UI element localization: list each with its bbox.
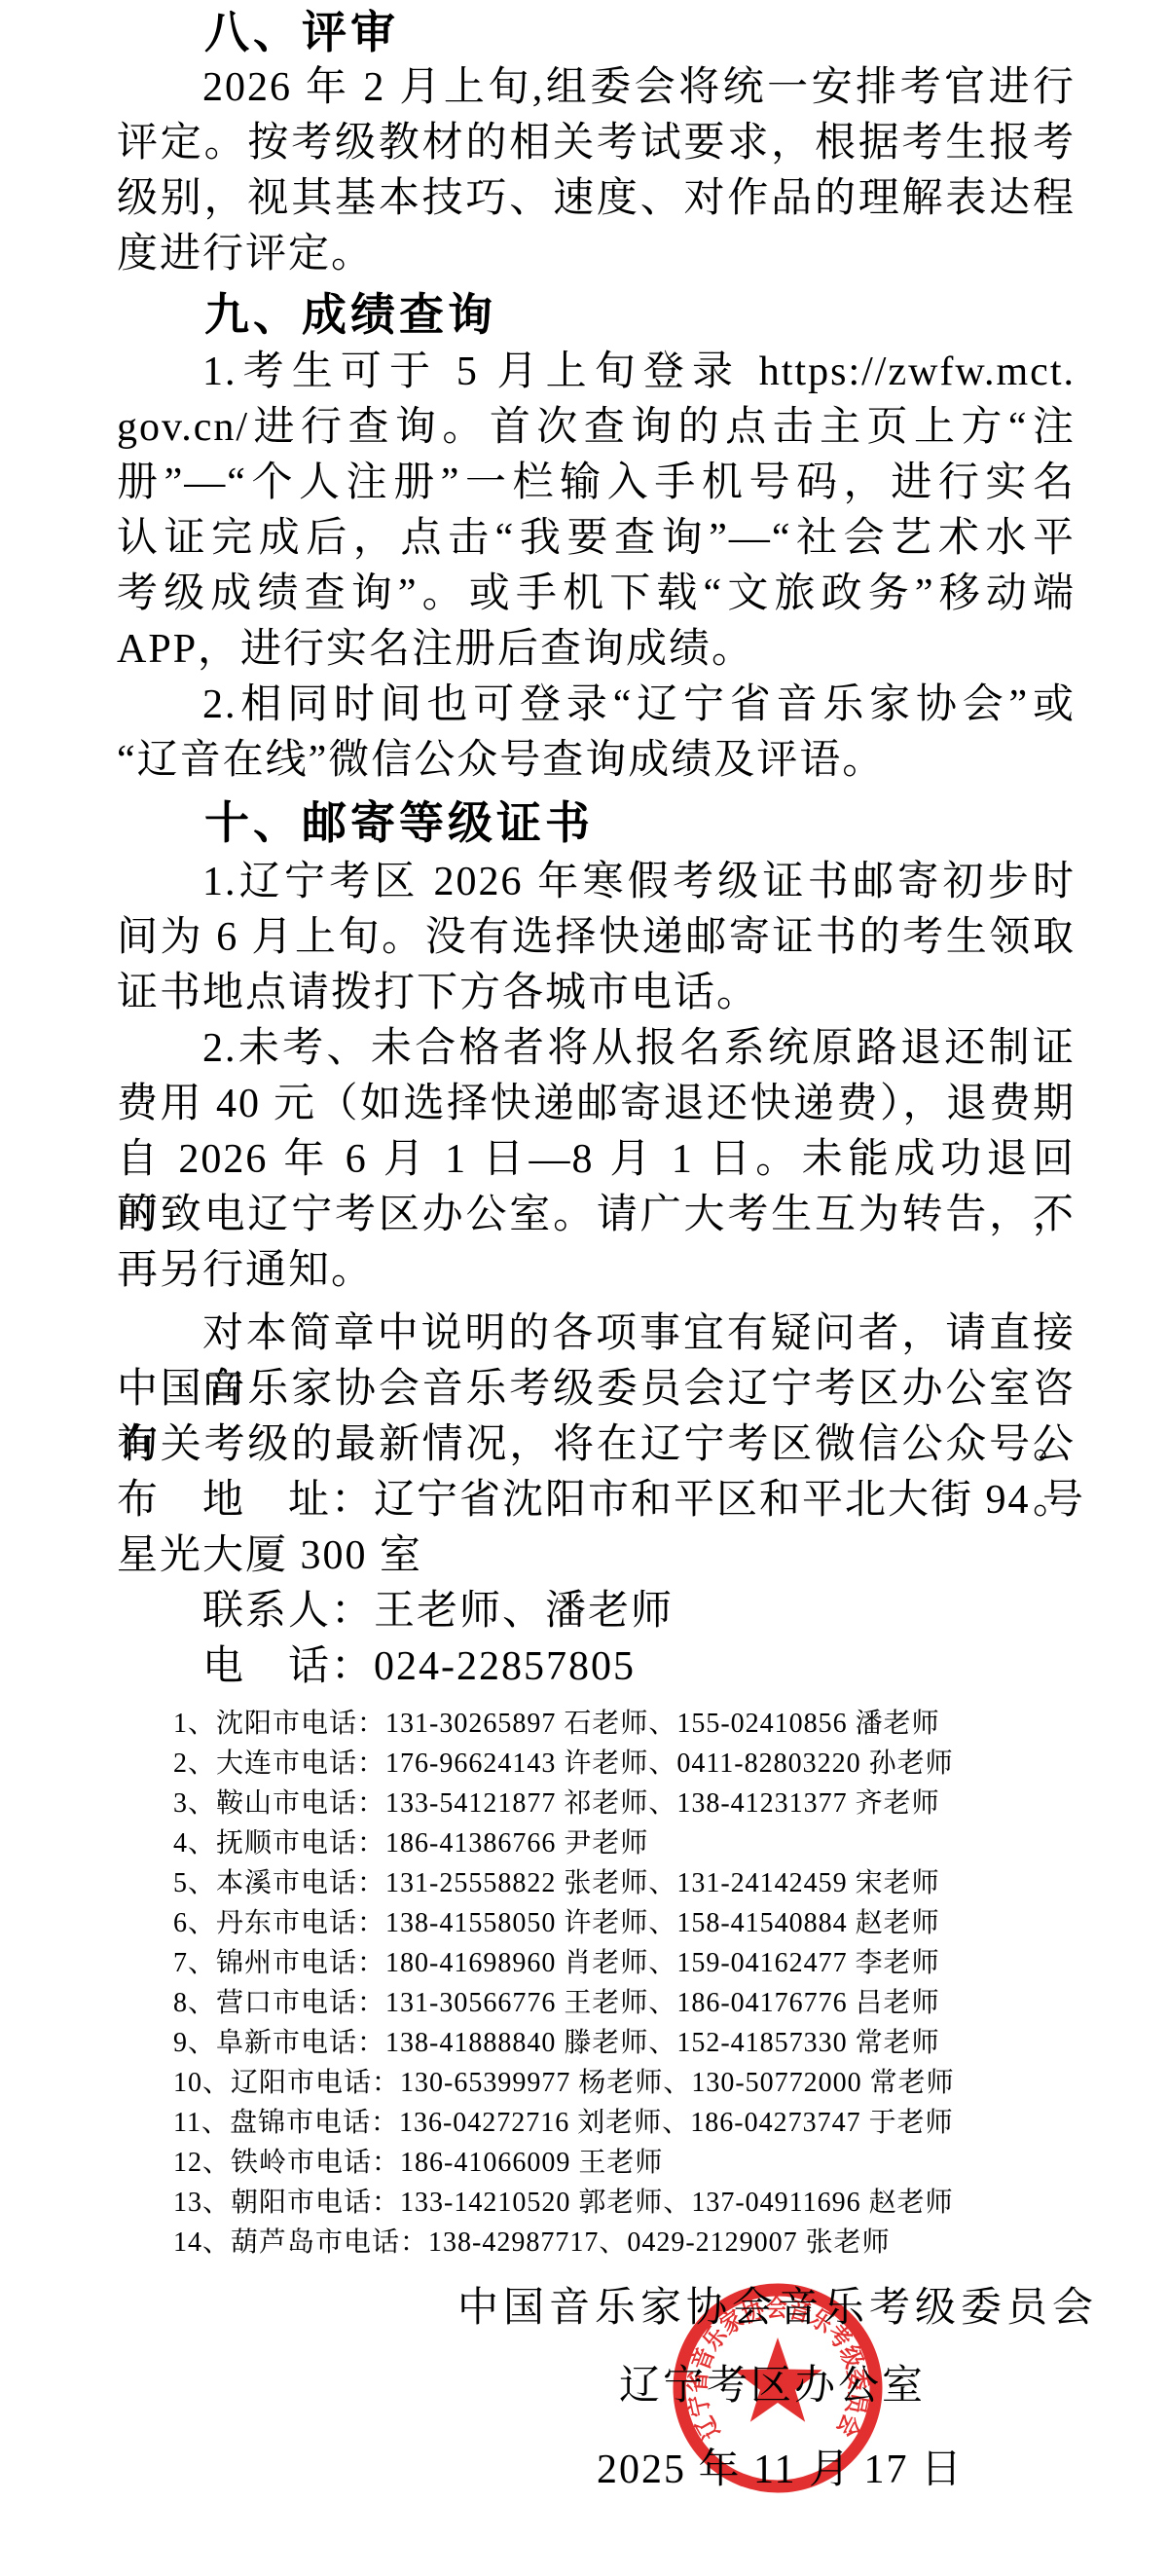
doc-line: 间为 6 月上旬。没有选择快递邮寄证书的考生领取 xyxy=(117,910,1076,966)
document-page: 八、评审 2026 年 2 月上旬,组委会将统一安排考官进行 评定。按考级教材的… xyxy=(0,0,1168,2576)
doc-line: 册”—“个人注册”一栏输入手机号码，进行实名 xyxy=(117,456,1076,511)
city-phone-item: 10、辽阳市电话：130-65399977 杨老师、130-50772000 常… xyxy=(173,2063,955,2103)
section-body-9: 1.考生可于 5 月上旬登录 https://zwfw.mct. gov.cn/… xyxy=(117,345,1076,789)
contact-address-line1: 地 址：辽宁省沈阳市和平区和平北大街 94 号 xyxy=(117,1473,1076,1528)
city-phone-list: 1、沈阳市电话：131-30265897 石老师、155-02410856 潘老… xyxy=(173,1704,955,2263)
city-phone-item: 5、本溪市电话：131-25558822 张老师、131-24142459 宋老… xyxy=(173,1863,955,1903)
city-phone-item: 3、鞍山市电话：133-54121877 祁老师、138-41231377 齐老… xyxy=(173,1784,955,1823)
city-phone-item: 13、朝阳市电话：133-14210520 郭老师、137-04911696 赵… xyxy=(173,2183,955,2223)
signature-organization: 中国音乐家协会音乐考级委员会 xyxy=(457,2284,1098,2333)
doc-line: 1.辽宁考区 2026 年寒假考级证书邮寄初步时 xyxy=(117,855,1076,910)
doc-line: 证书地点请拨打下方各城市电话。 xyxy=(117,966,1076,1021)
doc-line: APP，进行实名注册后查询成绩。 xyxy=(117,622,1076,678)
contact-person: 联系人：王老师、潘老师 xyxy=(117,1584,1076,1639)
doc-line: 费用 40 元（如选择快递邮寄退还快递费），退费期 xyxy=(117,1077,1076,1132)
doc-line: 考级成绩查询”。或手机下载“文旅政务”移动端 xyxy=(117,567,1076,622)
doc-line: 有关考级的最新情况，将在辽宁考区微信公众号公布。 xyxy=(117,1417,1076,1473)
section-heading-9: 九、成绩查询 xyxy=(204,286,496,343)
section-body-10: 1.辽宁考区 2026 年寒假考级证书邮寄初步时 间为 6 月上旬。没有选择快递… xyxy=(117,855,1076,1299)
doc-line: 度进行评定。 xyxy=(117,227,1076,282)
section-heading-10: 十、邮寄等级证书 xyxy=(204,794,594,851)
doc-line: 2.相同时间也可登录“辽宁省音乐家协会”或 xyxy=(117,678,1076,733)
doc-line: 再另行通知。 xyxy=(117,1243,1076,1299)
section-body-8: 2026 年 2 月上旬,组委会将统一安排考官进行 评定。按考级教材的相关考试要… xyxy=(117,60,1076,282)
city-phone-item: 9、阜新市电话：138-41888840 滕老师、152-41857330 常老… xyxy=(173,2023,955,2063)
city-phone-item: 2、大连市电话：176-96624143 许老师、0411-82803220 孙… xyxy=(173,1744,955,1784)
doc-line: 2.未考、未合格者将从报名系统原路退还制证 xyxy=(117,1021,1076,1077)
city-phone-item: 4、抚顺市电话：186-41386766 尹老师 xyxy=(173,1823,955,1863)
doc-line: 对本简章中说明的各项事宜有疑问者，请直接向 xyxy=(117,1306,1076,1362)
doc-line: 1.考生可于 5 月上旬登录 https://zwfw.mct. xyxy=(117,345,1076,400)
doc-line: 级别，视其基本技巧、速度、对作品的理解表达程 xyxy=(117,171,1076,227)
closing-paragraph: 对本简章中说明的各项事宜有疑问者，请直接向 中国音乐家协会音乐考级委员会辽宁考区… xyxy=(117,1306,1076,1473)
city-phone-item: 1、沈阳市电话：131-30265897 石老师、155-02410856 潘老… xyxy=(173,1704,955,1744)
doc-line: gov.cn/进行查询。首次查询的点击主页上方“注 xyxy=(117,400,1076,456)
doc-line: 2026 年 2 月上旬,组委会将统一安排考官进行 xyxy=(117,60,1076,116)
doc-line: 认证完成后，点击“我要查询”—“社会艺术水平 xyxy=(117,511,1076,567)
city-phone-item: 7、锦州市电话：180-41698960 肖老师、159-04162477 李老… xyxy=(173,1943,955,1983)
city-phone-item: 8、营口市电话：131-30566776 王老师、186-04176776 吕老… xyxy=(173,1983,955,2023)
city-phone-item: 6、丹东市电话：138-41558050 许老师、158-41540884 赵老… xyxy=(173,1903,955,1943)
signature-date: 2025 年 11 月 17 日 xyxy=(597,2446,964,2494)
contact-address-line2: 星光大厦 300 室 xyxy=(117,1528,1076,1584)
doc-line: “辽音在线”微信公众号查询成绩及评语。 xyxy=(117,733,1076,789)
contact-phone: 电 话：024-22857805 xyxy=(117,1639,1076,1695)
doc-line: 中国音乐家协会音乐考级委员会辽宁考区办公室咨询。 xyxy=(117,1362,1076,1417)
section-heading-8: 八、评审 xyxy=(204,4,399,60)
city-phone-item: 12、铁岭市电话：186-41066009 王老师 xyxy=(173,2143,955,2183)
city-phone-item: 14、葫芦岛市电话：138-42987717、0429-2129007 张老师 xyxy=(173,2223,955,2263)
doc-line: 可致电辽宁考区办公室。请广大考生互为转告，不 xyxy=(117,1188,1076,1243)
contact-block: 地 址：辽宁省沈阳市和平区和平北大街 94 号 星光大厦 300 室 联系人：王… xyxy=(117,1473,1076,1695)
doc-line: 评定。按考级教材的相关考试要求，根据考生报考 xyxy=(117,116,1076,171)
city-phone-item: 11、盘锦市电话：136-04272716 刘老师、186-04273747 于… xyxy=(173,2103,955,2143)
signature-office: 辽宁考区办公室 xyxy=(619,2362,926,2410)
doc-line: 自 2026 年 6 月 1 日—8 月 1 日。未能成功退回的， xyxy=(117,1132,1076,1188)
